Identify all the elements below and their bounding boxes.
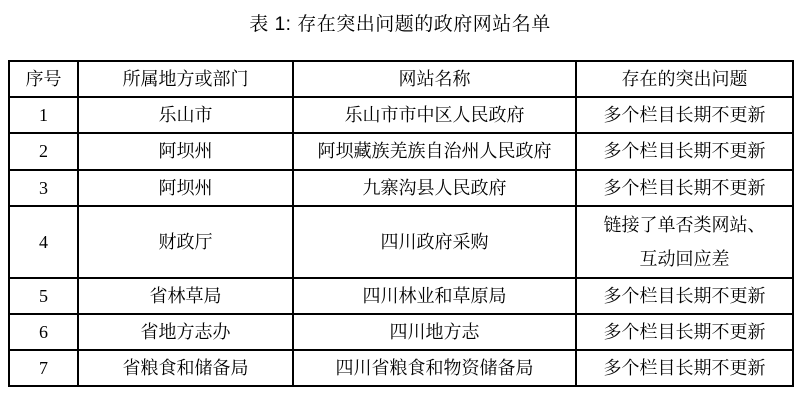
cell-department: 阿坝州: [78, 133, 293, 169]
websites-table: 序号 所属地方或部门 网站名称 存在的突出问题 1 乐山市 乐山市市中区人民政府…: [8, 60, 794, 387]
cell-department: 省林草局: [78, 278, 293, 314]
table-row: 5 省林草局 四川林业和草原局 多个栏目长期不更新: [9, 278, 793, 314]
cell-department: 乐山市: [78, 97, 293, 133]
cell-problem: 链接了单否类网站、 互动回应差: [576, 206, 793, 278]
table-row: 3 阿坝州 九寨沟县人民政府 多个栏目长期不更新: [9, 170, 793, 206]
table-row: 1 乐山市 乐山市市中区人民政府 多个栏目长期不更新: [9, 97, 793, 133]
table-header-row: 序号 所属地方或部门 网站名称 存在的突出问题: [9, 61, 793, 97]
cell-website: 四川政府采购: [293, 206, 576, 278]
cell-website: 乐山市市中区人民政府: [293, 97, 576, 133]
cell-department: 阿坝州: [78, 170, 293, 206]
cell-problem: 多个栏目长期不更新: [576, 97, 793, 133]
cell-department: 省地方志办: [78, 314, 293, 350]
cell-problem: 多个栏目长期不更新: [576, 350, 793, 386]
cell-no: 7: [9, 350, 78, 386]
cell-website: 阿坝藏族羌族自治州人民政府: [293, 133, 576, 169]
cell-department: 省粮食和储备局: [78, 350, 293, 386]
cell-problem: 多个栏目长期不更新: [576, 133, 793, 169]
cell-no: 3: [9, 170, 78, 206]
cell-no: 5: [9, 278, 78, 314]
cell-department: 财政厅: [78, 206, 293, 278]
cell-no: 2: [9, 133, 78, 169]
document-page: 表 1: 存在突出问题的政府网站名单 序号 所属地方或部门 网站名称 存在的突出…: [0, 0, 800, 395]
table-row: 4 财政厅 四川政府采购 链接了单否类网站、 互动回应差: [9, 206, 793, 278]
cell-no: 6: [9, 314, 78, 350]
page-title: 表 1: 存在突出问题的政府网站名单: [0, 9, 800, 36]
header-cell-no: 序号: [9, 61, 78, 97]
cell-website: 四川地方志: [293, 314, 576, 350]
cell-website: 四川林业和草原局: [293, 278, 576, 314]
table-row: 6 省地方志办 四川地方志 多个栏目长期不更新: [9, 314, 793, 350]
header-cell-department: 所属地方或部门: [78, 61, 293, 97]
cell-problem: 多个栏目长期不更新: [576, 278, 793, 314]
cell-no: 1: [9, 97, 78, 133]
table-row: 7 省粮食和储备局 四川省粮食和物资储备局 多个栏目长期不更新: [9, 350, 793, 386]
cell-website: 九寨沟县人民政府: [293, 170, 576, 206]
header-cell-problem: 存在的突出问题: [576, 61, 793, 97]
cell-no: 4: [9, 206, 78, 278]
header-cell-website: 网站名称: [293, 61, 576, 97]
cell-problem: 多个栏目长期不更新: [576, 170, 793, 206]
cell-problem: 多个栏目长期不更新: [576, 314, 793, 350]
cell-website: 四川省粮食和物资储备局: [293, 350, 576, 386]
table-row: 2 阿坝州 阿坝藏族羌族自治州人民政府 多个栏目长期不更新: [9, 133, 793, 169]
